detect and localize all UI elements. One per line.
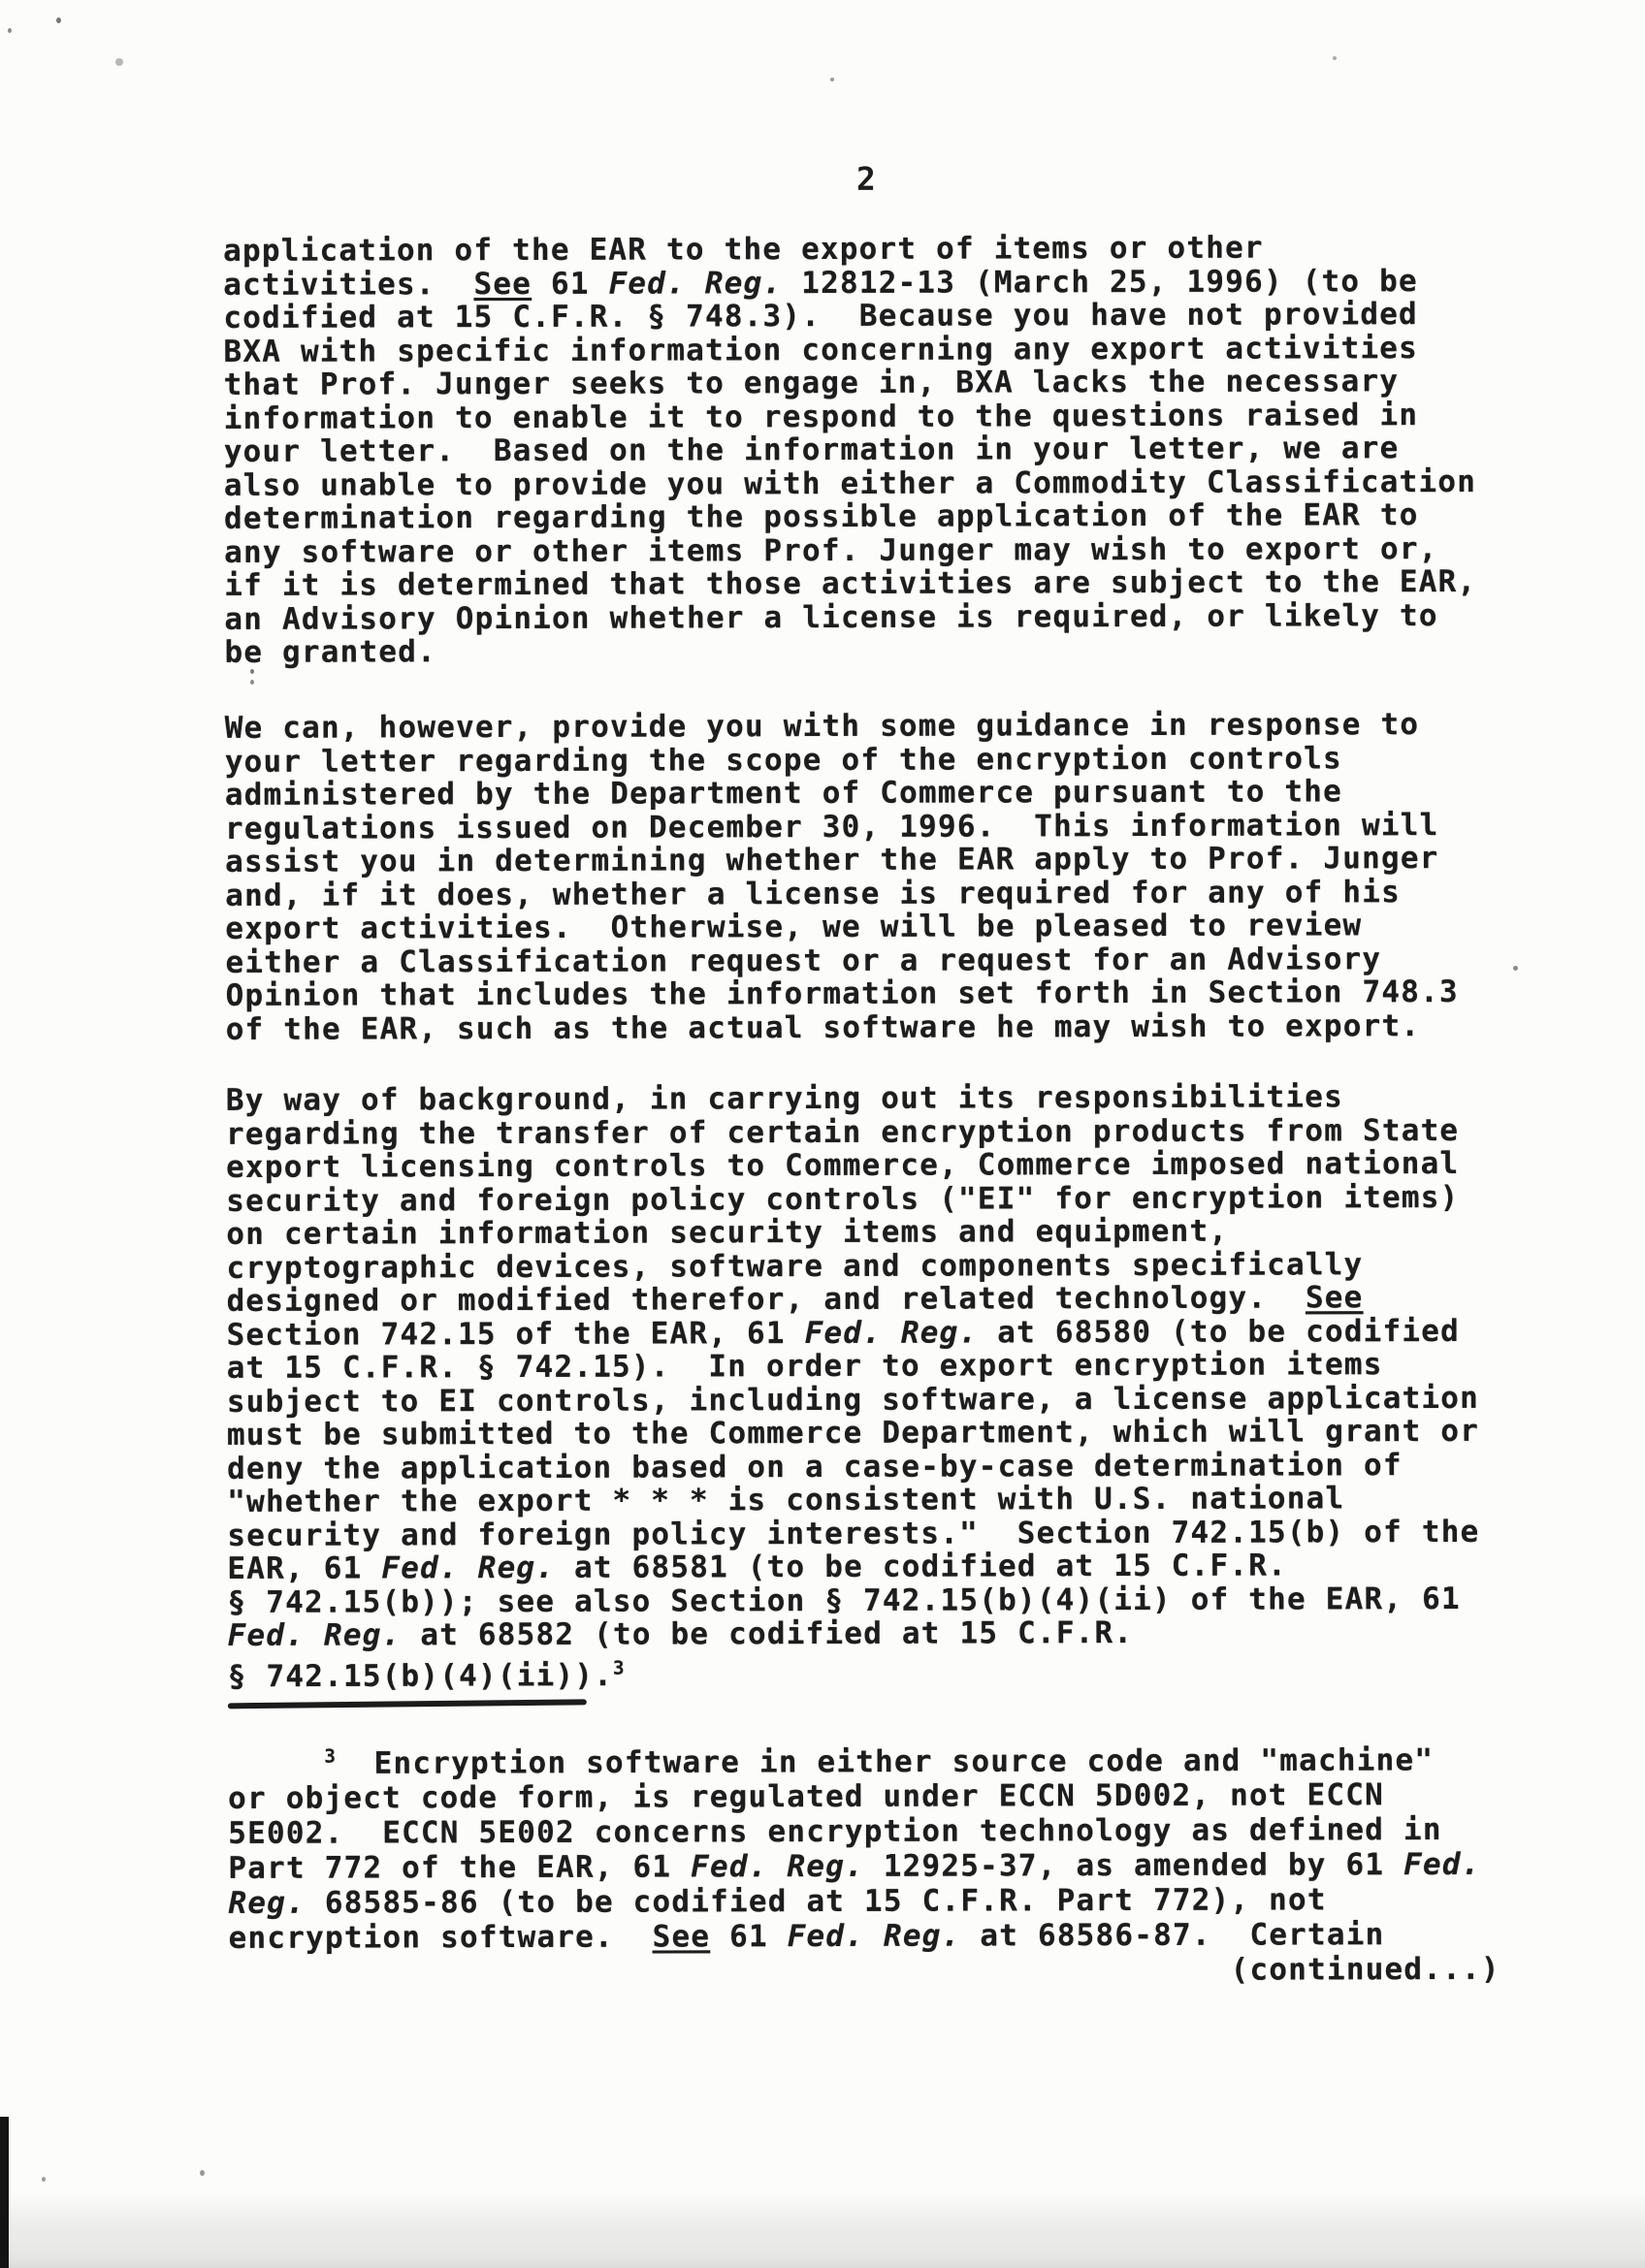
left-edge-scan-shadow bbox=[0, 2117, 9, 2268]
scan-content: 2 application of the EAR to the export o… bbox=[0, 0, 1645, 2268]
scan-speck bbox=[200, 2170, 205, 2176]
footnote-3: 3 Encryption software in either source c… bbox=[228, 1736, 1500, 1991]
paragraph-background: By way of background, in carrying out it… bbox=[226, 1080, 1480, 1693]
scan-speck bbox=[250, 669, 254, 674]
scan-speck bbox=[56, 17, 61, 23]
scan-speck bbox=[8, 28, 12, 33]
footnote-separator-line bbox=[228, 1699, 587, 1709]
scan-speck bbox=[830, 78, 834, 81]
scan-speck bbox=[250, 680, 254, 685]
paragraph-response-to-letter: application of the EAR to the export of … bbox=[223, 231, 1477, 670]
scan-speck bbox=[42, 2177, 46, 2182]
scanned-letter-page: 2 application of the EAR to the export o… bbox=[0, 0, 1645, 2268]
page-number: 2 bbox=[856, 160, 876, 198]
scan-speck bbox=[115, 58, 123, 66]
bottom-scan-band bbox=[0, 2193, 1645, 2268]
paragraph-guidance: We can, however, provide you with some g… bbox=[225, 708, 1459, 1046]
scan-speck bbox=[1513, 966, 1518, 971]
scan-speck bbox=[1333, 56, 1337, 60]
